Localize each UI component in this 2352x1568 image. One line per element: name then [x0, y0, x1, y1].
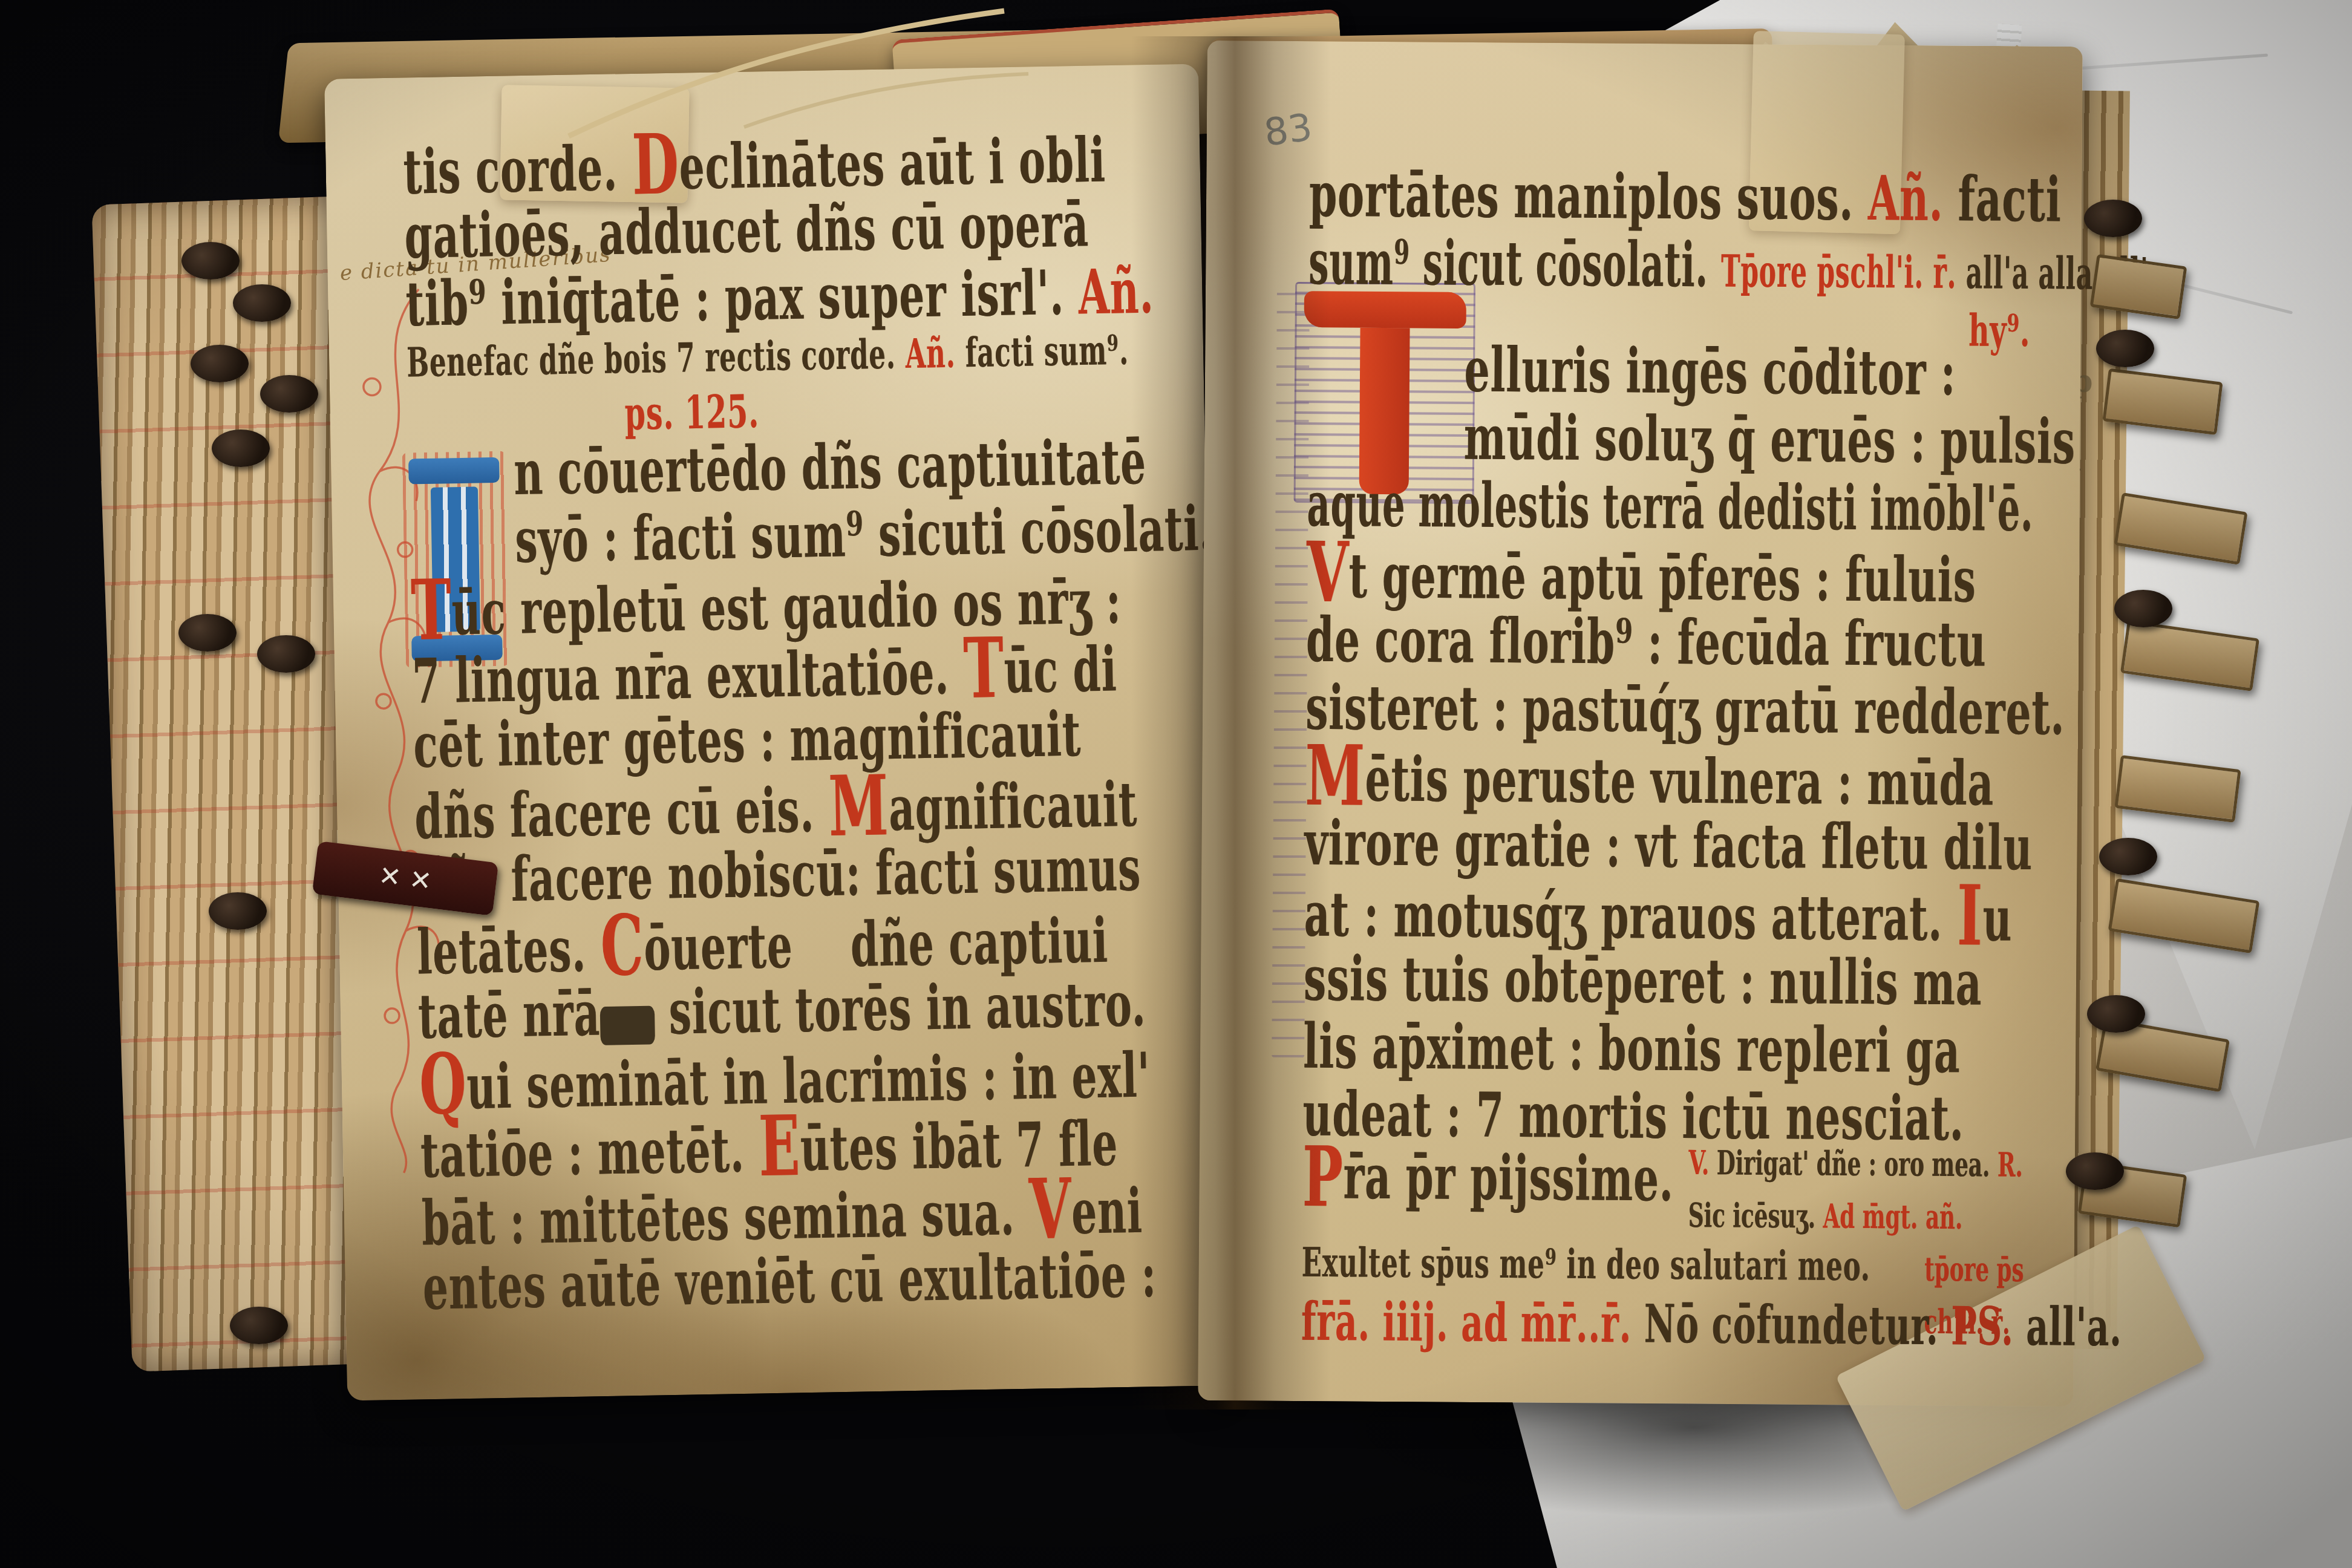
leather-knot	[260, 375, 318, 413]
text-run: Dirigat' dñe : oro mea.	[1716, 1143, 1998, 1184]
left-page: e dicta tu in mulieribus tis corde. Decl…	[324, 64, 1221, 1401]
text-run: Ad m̄gt. añ.	[1823, 1196, 1962, 1236]
manuscript-line: tp̄ore p̄s	[1924, 1249, 2024, 1296]
text-run: E	[758, 1113, 801, 1180]
text-run: PS.	[1951, 1296, 2027, 1357]
text-run: facti	[1958, 162, 2062, 236]
text-run: fr̄ā. iiij. ad m̄r̄..r̄.	[1301, 1292, 1644, 1355]
text-run: Tp̄ore p̄schl'i. r̄.	[1721, 245, 1966, 298]
leather-knot	[230, 1307, 288, 1344]
manuscript-photo: sep ra e dicta tu in mulieribus tis cord…	[0, 0, 2352, 1568]
text-run: T	[410, 577, 452, 644]
leather-knot	[2087, 995, 2145, 1033]
text-run: sum⁹ sicut cōsolati.	[1308, 226, 1722, 301]
text-run: T	[963, 635, 1005, 702]
leather-knot	[181, 242, 240, 279]
manuscript-line: entes aūtē veniēt cū exultatiōe :	[422, 1238, 1152, 1349]
leather-knot	[178, 614, 237, 652]
text-run: Nō cōfundetur.	[1644, 1294, 1951, 1357]
leather-knot	[233, 284, 291, 322]
leather-knot	[257, 635, 315, 673]
leather-knot	[2099, 838, 2157, 875]
text-run: Exultet sp̄us me⁹ in deo salutari meo.	[1301, 1238, 1870, 1290]
leather-knot	[191, 345, 249, 382]
strap-stitches: ✕ ✕	[377, 860, 433, 897]
straw-fiber	[544, 0, 1089, 157]
text-run: lis ap̄ximet : bonis repleri ga	[1303, 1010, 1961, 1087]
right-text-column: portātes maniplos suos. Añ. factisum⁹ si…	[1301, 173, 2077, 1380]
leather-knot	[2084, 200, 2142, 237]
text-run: M	[828, 773, 889, 840]
text-run: portātes maniplos suos.	[1309, 158, 1869, 235]
text-run: V	[1028, 1176, 1072, 1243]
text-run: C	[600, 912, 645, 979]
leather-knot	[2096, 330, 2154, 367]
text-run: all'a.	[2026, 1296, 2122, 1359]
text-run: mūdi soluʒ q̄ eruēs : pulsis	[1463, 401, 2076, 478]
text-run: de cora florib⁹ : fecūda fructu	[1306, 603, 1987, 681]
text-run	[806, 908, 851, 982]
leather-knot	[2114, 590, 2172, 627]
text-run: V.	[1688, 1143, 1717, 1183]
text-run: Añ.	[905, 329, 965, 377]
text-run: I	[1957, 883, 1983, 949]
text-run: u	[1982, 883, 2013, 956]
text-run: Q	[419, 1051, 467, 1119]
gutter-shadow	[1131, 36, 1331, 1410]
manuscript-line: fr̄ā. iiij. ad m̄r̄..r̄. Nō cōfundetur. …	[1301, 1292, 2024, 1395]
text-run: tp̄ore p̄s	[1924, 1249, 2024, 1289]
rubric-aside: V. Dirigat' dñe : oro mea. R.Sic icēsuʒ.…	[1688, 1143, 2023, 1243]
leather-knot	[2066, 1152, 2124, 1190]
text-run: ssis tuis obtēperet : nullis ma	[1304, 942, 1982, 1019]
text-run: ūc di	[1004, 633, 1118, 708]
text-run	[600, 1006, 655, 1045]
text-run: facti sum⁹.	[965, 326, 1129, 376]
text-run: Sic icēsuʒ.	[1688, 1195, 1823, 1236]
text-run: elluris ingēs cōditor :	[1464, 333, 1956, 410]
leather-knot	[209, 892, 267, 930]
left-text-column: tis corde. Declinātes aūt i obligatioēs,…	[403, 134, 1198, 1334]
text-run: sisteret : pastūq́ʒ gratū redderet.	[1305, 671, 2065, 749]
text-run: r̄a p̄r pijssime.	[1343, 1140, 1674, 1215]
leather-knot	[212, 430, 270, 467]
text-run: aque molestis terrā dedisti imōbl'ē.	[1307, 468, 2034, 546]
text-run: entes aūtē veniēt cū exultatiōe :	[422, 1238, 1157, 1324]
manuscript-line: V. Dirigat' dñe : oro mea. R.	[1688, 1143, 2023, 1191]
text-run: virore gratie : vt facta fletu dilu	[1304, 806, 2033, 884]
manuscript-line: Sic icēsuʒ. Ad m̄gt. añ.	[1688, 1195, 2022, 1243]
text-run: tib⁹ iniq̄tatē : pax super isrl'.	[405, 256, 1079, 341]
text-run: Añ.	[1868, 162, 1958, 235]
text-run: R.	[1998, 1145, 2024, 1184]
text-run: Benefac dñe bois 7 rectis corde.	[407, 330, 906, 387]
